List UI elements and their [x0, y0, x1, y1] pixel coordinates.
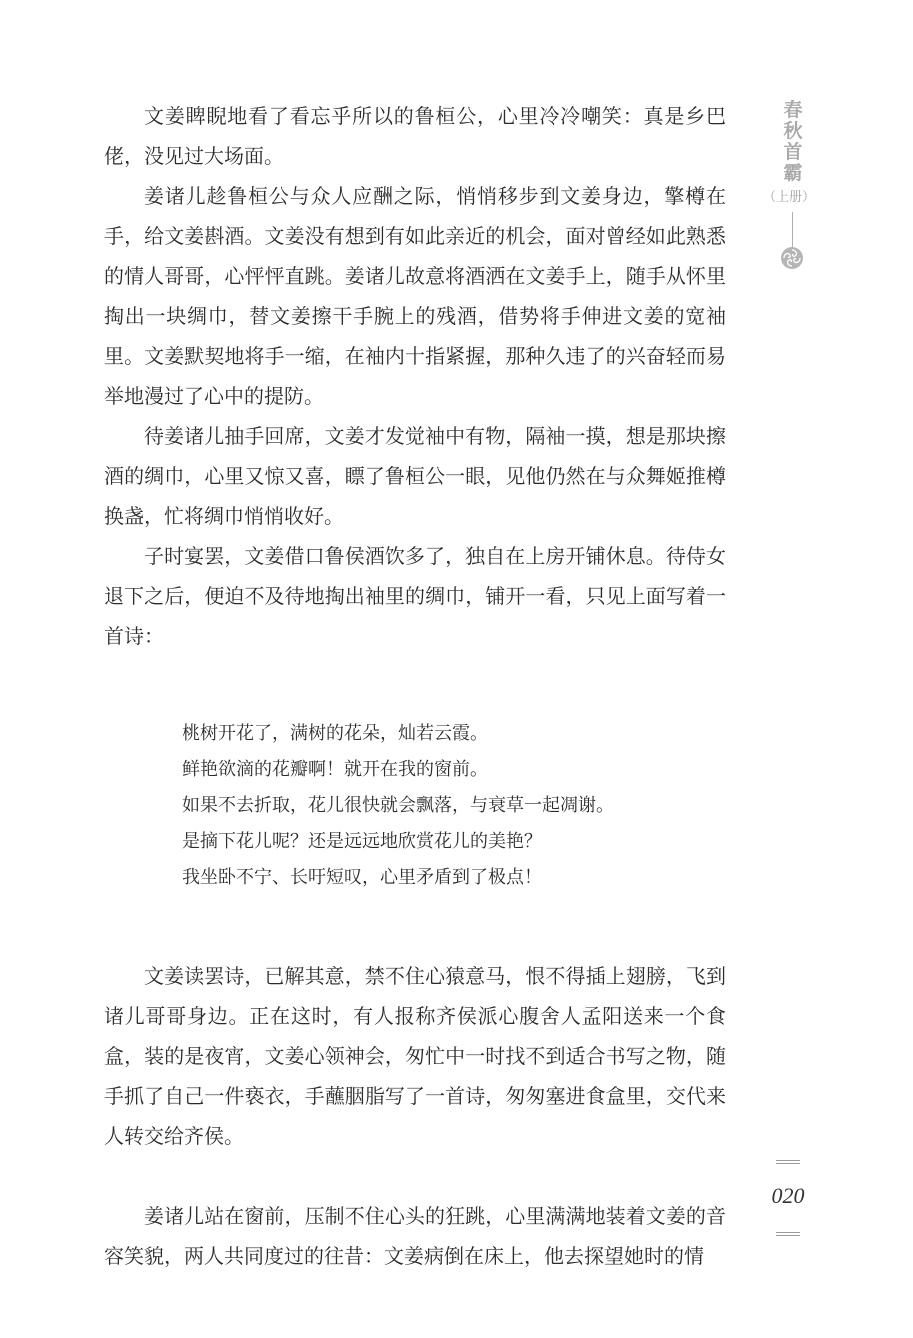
poem-line: 如果不去折取，花儿很快就会飘落，与衰草一起凋谢。 [182, 788, 726, 824]
title-char: 霸 [778, 163, 808, 184]
spacer [104, 656, 726, 696]
section-break [104, 1156, 726, 1196]
spacer [104, 896, 726, 936]
book-page: 文姜睥睨地看了看忘乎所以的鲁桓公，心里冷冷嘲笑：真是乡巴佬，没见过大场面。 姜诸… [0, 0, 913, 1338]
poem-line: 鲜艳欲滴的花瓣啊！就开在我的窗前。 [182, 752, 726, 788]
poem-line: 我坐卧不宁、长吁短叹，心里矛盾到了极点！ [182, 860, 726, 896]
folio-rule-top [776, 1160, 800, 1164]
spacer [104, 696, 726, 716]
poem-line: 是摘下花儿呢？还是远远地欣赏花儿的美艳？ [182, 824, 726, 860]
paragraph: 姜诸儿站在窗前，压制不住心头的狂跳，心里满满地装着文姜的音容笑貌，两人共同度过的… [104, 1196, 726, 1276]
title-char: 春 [778, 100, 808, 121]
running-head-book-title: 春 秋 首 霸 [778, 100, 808, 184]
poem-block: 桃树开花了，满树的花朵，灿若云霞。 鲜艳欲滴的花瓣啊！就开在我的窗前。 如果不去… [104, 716, 726, 896]
running-head-volume: （上册） [763, 186, 815, 205]
spacer [104, 936, 726, 956]
paragraph: 文姜睥睨地看了看忘乎所以的鲁桓公，心里冷冷嘲笑：真是乡巴佬，没见过大场面。 [104, 96, 726, 176]
folio-rule-bottom [776, 1232, 800, 1236]
paragraph: 待姜诸儿抽手回席，文姜才发觉袖中有物，隔袖一摸，想是那块擦酒的绸巾，心里又惊又喜… [104, 416, 726, 536]
paragraph: 子时宴罢，文姜借口鲁侯酒饮多了，独自在上房开铺休息。待侍女退下之后，便迫不及待地… [104, 536, 726, 656]
title-char: 首 [778, 142, 808, 163]
poem-line: 桃树开花了，满树的花朵，灿若云霞。 [182, 716, 726, 752]
main-text-block: 文姜睥睨地看了看忘乎所以的鲁桓公，心里冷冷嘲笑：真是乡巴佬，没见过大场面。 姜诸… [104, 96, 726, 1276]
running-head-divider [792, 212, 793, 248]
paragraph: 姜诸儿趁鲁桓公与众人应酬之际，悄悄移步到文姜身边，擎樽在手，给文姜斟酒。文姜没有… [104, 176, 726, 416]
paragraph: 文姜读罢诗，已解其意，禁不住心猿意马，恨不得插上翅膀，飞到诸儿哥哥身边。正在这时… [104, 956, 726, 1156]
page-number: 020 [768, 1183, 808, 1209]
swirl-medallion-icon [780, 246, 804, 270]
title-char: 秋 [778, 121, 808, 142]
